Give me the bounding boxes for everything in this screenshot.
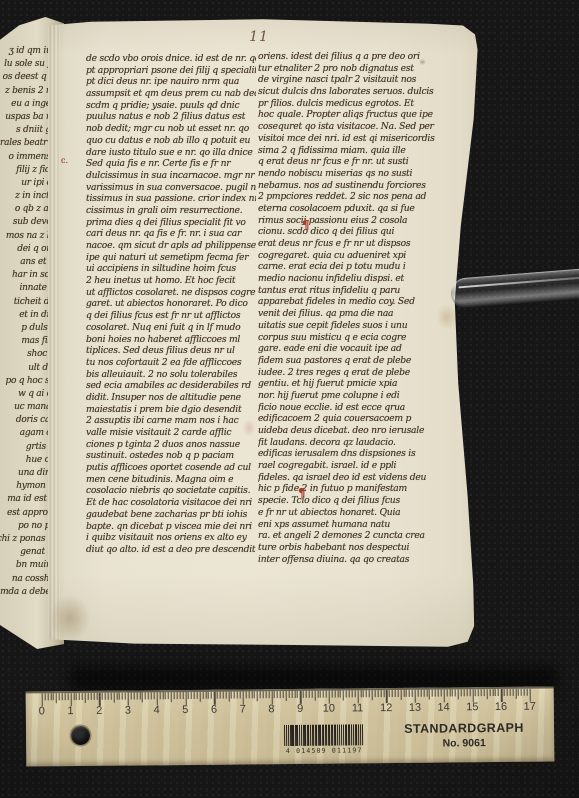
ruler-tick: [429, 690, 430, 700]
ruler-tick: [65, 693, 66, 700]
ruler-tick: [228, 692, 229, 702]
manuscript-text-line: fideles. qa israel deo id est videns deu: [258, 472, 460, 484]
ruler-tick: [288, 691, 289, 698]
ruler-tick: [432, 690, 433, 697]
manuscript-text-line: specie. Tcio dico q dei filius fcus: [258, 495, 460, 507]
ruler-tick: [85, 693, 86, 703]
ruler-tick: [326, 691, 327, 698]
barcode-bar: [345, 724, 347, 745]
manuscript-text-line: fidem sua pastores q erat de plebe: [258, 355, 460, 367]
manuscript-text-line: ciones p tginta 2 duos anos nassue: [86, 439, 256, 451]
page-edge-stack: [48, 18, 60, 648]
ruler-cm-label: 11: [352, 702, 364, 714]
manuscript-text-line: Sed quia fis e nr. Certe fis e fr nr: [86, 158, 256, 170]
ruler-tick: [524, 689, 525, 696]
ruler-tick: [194, 692, 195, 699]
ruler-tick: [512, 689, 513, 696]
ruler-tick: [311, 691, 312, 698]
manuscript-text-line: ui accipiens in siltudine hoim fcus: [86, 263, 256, 275]
ruler-tick: [409, 690, 410, 697]
ruler-tick: [507, 689, 508, 696]
manuscript-text-line: edificas ierusalem dns dispsiones is: [258, 448, 460, 460]
folio-number: 11: [244, 29, 274, 45]
ruler-tick: [340, 691, 341, 698]
manuscript-text-line: visitoi mce dei nri. id est qi misericor…: [258, 133, 460, 145]
manuscript-text-line: cari deus nr. qa fis e fr. nr. i sua car: [86, 228, 256, 240]
text-column-left: de scdo vbo orois dnice. id est de nr. q…: [86, 53, 256, 556]
ruler-tick: [154, 692, 155, 699]
ruler-tick: [395, 690, 396, 697]
ruler-cm-label: 17: [524, 701, 536, 713]
manuscript-text-line: gare. eade eni die vocauit ipe ad: [258, 343, 460, 355]
manuscript-text-line: sed ecia amabiles ac desiderabiles rd: [86, 380, 256, 392]
manuscript-text-line: eterna cosolacoem pduxit. qa si fue: [258, 203, 460, 215]
manuscript-text-line: assumpsit et qm deus prem cu nab dedit.: [86, 88, 256, 100]
manuscript-text-line: edificacoem 2 quia couersacoem p: [258, 413, 460, 425]
ruler-tick: [380, 690, 381, 697]
ruler-tick: [47, 693, 48, 700]
ruler-tick: [93, 693, 94, 700]
manuscript-text-line: pt dici deus nr. ipe nauiro nrm qua: [86, 76, 256, 88]
ruler-cm-label: 10: [323, 703, 335, 715]
red-margin-note: c.: [61, 156, 68, 165]
ruler-tick: [406, 690, 407, 697]
manuscript-text-line: tantus erat ritus infideliu q paru: [258, 285, 460, 297]
ruler-tick: [45, 693, 46, 700]
ruler-tick: [88, 693, 89, 700]
ruler-cm-label: 16: [495, 701, 507, 713]
model-label: No. 9061: [398, 737, 530, 750]
manuscript-text-line: q dei filius fcus est fr nr ut afflictos: [86, 310, 256, 322]
recto-page: 11 de scdo vbo orois dnice. id est de nr…: [48, 18, 478, 648]
ruler-tick: [237, 691, 238, 698]
ruler-tick: [518, 689, 519, 696]
barcode-bar: [355, 724, 357, 745]
ruler-tick: [177, 692, 178, 699]
ruler-cm-label: 15: [466, 701, 478, 713]
ruler-cm-label: 14: [437, 701, 449, 713]
ruler-tick: [208, 692, 209, 699]
manuscript-text-line: putis afflicoes oportet cosende ad cul: [86, 462, 256, 474]
manuscript-text-line: i quibz visitauit nos oriens ex alto ey: [86, 532, 256, 544]
barcode: 4 014509 011197: [284, 724, 364, 754]
ruler-tick: [400, 690, 401, 700]
manuscript-text-line: nacoe. qm sicut dr apls ad philippenses: [86, 240, 256, 252]
ruler-hole: [71, 726, 90, 745]
ruler-tick: [197, 692, 198, 699]
ruler-tick: [162, 692, 163, 699]
manuscript-text-line: tissimus in sua passione. crior index nr: [86, 193, 256, 205]
ruler-tick: [220, 692, 221, 699]
ruler-tick: [148, 692, 149, 699]
manuscript-text-line: tur etnaliter 2 pro nob dignatus est: [258, 63, 460, 75]
glass-rod: [450, 268, 579, 310]
ruler-tick: [441, 690, 442, 697]
ruler-tick: [105, 693, 106, 700]
manuscript-text-line: ut afflictos cosolaret. ne dispsos cogre: [86, 287, 256, 299]
ruler-tick: [527, 689, 528, 696]
ruler-tick: [254, 691, 255, 698]
manuscript-text-line: ficio noue ecclie. id est ecce qrua: [258, 402, 460, 414]
ruler-tick: [458, 689, 459, 699]
ruler-tick: [334, 691, 335, 698]
ruler-cm-label: 5: [182, 704, 188, 716]
ruler-tick: [165, 692, 166, 699]
ruler-tick: [360, 690, 361, 697]
ruler-tick: [346, 690, 347, 697]
manuscript-text-line: tiplices. Sed deus filius deus nr ul: [86, 345, 256, 357]
ruler-tick: [452, 689, 453, 696]
ruler-tick: [489, 689, 490, 696]
ruler-tick: [420, 690, 421, 697]
ruler-cm-label: 3: [125, 705, 131, 717]
ruler-tick: [297, 691, 298, 698]
barcode-bar: [339, 725, 341, 746]
ruler-tick: [286, 691, 287, 701]
ruler-tick: [317, 691, 318, 698]
ruler-tick: [464, 689, 465, 696]
ruler-tick: [306, 691, 307, 698]
ruler-tick: [133, 692, 134, 699]
ruler-tick: [478, 689, 479, 696]
text-column-right: oriens. idest dei filius q a pre deo ori…: [258, 51, 460, 565]
ruler-tick: [481, 689, 482, 696]
manuscript-text-line: diut qo alto. id est a deo pre descendit: [86, 544, 256, 556]
ruler-tick: [498, 689, 499, 696]
manuscript-text-line: carne. erat ecia dei p totu mudu i: [258, 261, 460, 273]
ruler-tick: [159, 692, 160, 699]
manuscript-text-line: q erat deus nr fcus e fr nr. ut susti: [258, 156, 460, 168]
manuscript-text-line: sima 2 q fidissima miam. quia ille: [258, 145, 460, 157]
manuscript-text-line: gaudebat bene zacharias pr bti iohis: [86, 509, 256, 521]
manuscript-text-line: cosequret qo ista visitacoe. Na. Sed per: [258, 121, 460, 133]
ruler-tick: [225, 692, 226, 699]
ruler-tick: [102, 693, 103, 700]
ruler-tick: [366, 690, 367, 697]
manuscript-text-line: corpus suu misticu q e ecia cogre: [258, 332, 460, 344]
ruler-tick: [182, 692, 183, 699]
ruler-tick: [495, 689, 496, 696]
ruler-tick: [423, 690, 424, 697]
ruler-tick: [79, 693, 80, 700]
ruler-tick: [372, 690, 373, 700]
manuscript-text-line: nor. hij fuerut pme colupne i edi: [258, 390, 460, 402]
ruler-tick: [62, 693, 63, 700]
ruler-cm-label: 9: [297, 703, 303, 715]
ruler-tick: [461, 689, 462, 696]
ruler: 01234567891011121314151617 4 014509 0111…: [26, 686, 555, 766]
ruler-cm-label: 6: [211, 704, 217, 716]
ruler-tick: [222, 692, 223, 699]
barcode-bar: [286, 725, 288, 746]
ruler-tick: [398, 690, 399, 697]
barcode-bar: [296, 725, 298, 746]
ruler-tick: [283, 691, 284, 698]
ruler-tick: [426, 690, 427, 697]
manuscript-text-line: scdm q pridie; ysaie. puuls qd dnic: [86, 100, 256, 112]
barcode-bar: [322, 725, 324, 746]
manuscript-text-line: cosolaret. Nuq eni fuit q in lf mudo: [86, 322, 256, 334]
ruler-tick: [168, 692, 169, 699]
ruler-tick: [260, 691, 261, 698]
ruler-tick: [82, 693, 83, 700]
manuscript-text-line: medio nacionu infideliu dispsi. et: [258, 273, 460, 285]
ruler-tick: [116, 693, 117, 700]
ruler-tick: [309, 691, 310, 698]
ruler-tick: [191, 692, 192, 699]
ruler-tick: [200, 692, 201, 702]
ruler-tick: [435, 690, 436, 697]
manuscript-text-line: erat deus nr fcus e fr nr ut dispsos: [258, 238, 460, 250]
ruler-tick: [145, 692, 146, 699]
ruler-tick: [323, 691, 324, 698]
ruler-cm-label: 7: [240, 703, 246, 715]
manuscript-text-line: uideba deus dicebat. deo nro ierusale: [258, 425, 460, 437]
ruler-tick: [446, 689, 447, 696]
manuscript-photo: ʒ id qm iutalu sole su furos deest q bnz…: [0, 0, 579, 798]
ruler-tick: [205, 692, 206, 699]
ruler-tick: [245, 691, 246, 698]
ruler-tick: [349, 690, 350, 697]
ruler-tick: [151, 692, 152, 699]
manuscript-text-line: quo cu datus e nob ab illo q potuit eu: [86, 135, 256, 147]
manuscript-text-line: iudee. 2 tres reges q erat de plebe: [258, 367, 460, 379]
manuscript-text-line: venit dei filius. qa pma die naa: [258, 308, 460, 320]
ruler-brand-block: STANDARDGRAPH No. 9061: [398, 721, 530, 750]
ruler-tick: [108, 693, 109, 700]
manuscript-text-line: apparebat fideles in medio coy. Sed: [258, 296, 460, 308]
manuscript-text-line: nob dedit; mgr cu nob ut esset nr. qo: [86, 123, 256, 135]
barcode-bar: [362, 724, 364, 745]
ruler-tick: [274, 691, 275, 698]
ruler-tick: [234, 692, 235, 699]
manuscript-text-line: uitatis sue cepit fideles suos i unu: [258, 320, 460, 332]
ruler-tick: [469, 689, 470, 696]
manuscript-text-line: sustinuit. ostedes nob q p paciam: [86, 450, 256, 462]
ruler-tick: [521, 689, 522, 696]
red-paragraph-mark-icon: ¶: [302, 218, 310, 232]
ruler-tick: [96, 693, 97, 700]
manuscript-text-line: cionu. scdo dico q dei filius qui: [258, 226, 460, 238]
ruler-tick: [403, 690, 404, 697]
ruler-tick: [122, 693, 123, 700]
ruler-tick: [389, 690, 390, 697]
ruler-tick: [354, 690, 355, 697]
manuscript-text-line: ra. et angeli 2 demones 2 cuncta crea: [258, 530, 460, 542]
ruler-tick: [142, 692, 143, 702]
ruler-tick: [67, 693, 68, 700]
manuscript-text-line: puulus natus e nob 2 filius datus est: [86, 111, 256, 123]
brand-label: STANDARDGRAPH: [398, 721, 530, 736]
ruler-tick: [263, 691, 264, 698]
barcode-digits: 4 014509 011197: [284, 746, 364, 755]
ruler-tick: [392, 690, 393, 697]
ruler-tick: [343, 690, 344, 700]
ruler-tick: [217, 692, 218, 699]
ruler-tick: [383, 690, 384, 697]
ruler-tick: [294, 691, 295, 698]
manuscript-text-line: cissimus in grali oim resurrectione.: [86, 205, 256, 217]
ruler-tick: [320, 691, 321, 698]
ruler-tick: [179, 692, 180, 699]
ruler-tick: [50, 693, 51, 700]
ruler-tick: [449, 689, 450, 696]
barcode-bar: [334, 725, 336, 746]
barcode-bar: [307, 725, 309, 746]
manuscript-text-line: hoc quale. Propter aliqs fructus que ipe: [258, 109, 460, 121]
ruler-tick: [125, 693, 126, 700]
manuscript-text-line: 2 assuptis ibi carne mam nos i hac: [86, 415, 256, 427]
ruler-tick: [455, 689, 456, 696]
manuscript-text-line: maiestatis i prem bie dgio desendit: [86, 404, 256, 416]
manuscript-text-line: dare iusto titulo sue e nr. qo illa dnic…: [86, 147, 256, 159]
ruler-cm-label: 4: [154, 704, 160, 716]
manuscript-text-line: cogregaret. quia cu adueniret xpi: [258, 250, 460, 262]
ruler-tick: [515, 689, 516, 699]
ruler-tick: [202, 692, 203, 699]
barcode-bar: [291, 725, 293, 746]
ruler-tick: [466, 689, 467, 696]
ruler-tick: [76, 693, 77, 700]
ruler-tick: [59, 693, 60, 700]
ruler-tick: [171, 692, 172, 702]
ruler-tick: [375, 690, 376, 697]
ruler-tick: [131, 693, 132, 700]
manuscript-text-line: didit. Insuper nos de altitudie pene: [86, 392, 256, 404]
ruler-tick: [475, 689, 476, 696]
ruler-tick: [277, 691, 278, 698]
ruler-tick: [332, 691, 333, 698]
ruler-cm-label: 1: [67, 705, 73, 717]
manuscript-text-line: eni xps assumet humana natu: [258, 519, 460, 531]
manuscript-text-line: valle misie visitauit 2 carde afflic: [86, 427, 256, 439]
ruler-tick: [56, 693, 57, 703]
barcode-bar: [299, 725, 301, 746]
barcode-bars: [284, 724, 364, 746]
ruler-tick: [139, 692, 140, 699]
manuscript-text-line: bapte. qn dicebat p viscea mie dei nri: [86, 521, 256, 533]
ruler-cm-label: 8: [268, 703, 274, 715]
ruler-cm-label: 2: [96, 705, 102, 717]
manuscript-text-line: fit laudans. decora qz laudacio.: [258, 437, 460, 449]
ruler-tick: [438, 690, 439, 697]
ruler-tick: [412, 690, 413, 697]
ruler-tick: [280, 691, 281, 698]
manuscript-text-line: cosolacio niebris qo societate capitis.: [86, 485, 256, 497]
ruler-tick: [231, 692, 232, 699]
manuscript-text-line: de virgine nasci tpalr 2 visitauit nos: [258, 74, 460, 86]
manuscript-text-line: inter offensa diuina. qa qo creatas: [258, 554, 460, 566]
barcode-bar: [319, 725, 321, 746]
manuscript-text-line: pr filios. dulcis medicus egrotos. Et: [258, 98, 460, 110]
ruler-tick: [377, 690, 378, 697]
ruler-tick: [174, 692, 175, 699]
ruler-tick: [113, 693, 114, 703]
ruler-tick: [119, 693, 120, 700]
ruler-tick: [53, 693, 54, 700]
ruler-tick: [509, 689, 510, 696]
ruler-cm-label: 0: [39, 705, 45, 717]
manuscript-text-line: prima dies q dei filius specialit fit vo: [86, 217, 256, 229]
manuscript-text-line: bis alleuiauit. 2 no solu tolerabiles: [86, 369, 256, 381]
manuscript-text-line: varissimus in sua conversacoe. pugil nr …: [86, 182, 256, 194]
ruler-cm-label: 12: [380, 702, 392, 714]
ruler-tick: [492, 689, 493, 696]
manuscript-text-line: Et de hac cosolatoria visitacoe dei nri: [86, 497, 256, 509]
manuscript-text-line: e fr nr ut abiectos honaret. Quia: [258, 507, 460, 519]
ruler-tick: [257, 691, 258, 701]
manuscript-text-line: tu nos cofortauit 2 ea fde affliccoes: [86, 357, 256, 369]
ruler-tick: [211, 692, 212, 699]
manuscript-text-line: ipe qui naturi ut semetipm fecma fer: [86, 252, 256, 264]
ruler-tick: [486, 689, 487, 699]
manuscript-text-line: sicut dulcis dns laborates seruos. dulci…: [258, 86, 460, 98]
ruler-tick: [303, 691, 304, 698]
manuscript-text-line: rimus socij passionu eius 2 cosola: [258, 215, 460, 227]
ruler-tick: [90, 693, 91, 700]
manuscript-text-line: nendo nobiscu miserias qs no susti: [258, 168, 460, 180]
manuscript-text-line: hic p fide 2 in futuo p manifestam: [258, 483, 460, 495]
manuscript-text-line: gentiu. et hij fuerut pmicie xpia: [258, 378, 460, 390]
ruler-tick: [73, 693, 74, 700]
barcode-bar: [351, 724, 353, 745]
ruler-tick: [337, 691, 338, 698]
ruler-tick: [484, 689, 485, 696]
manuscript-text-line: pt appropriari psone dei filij q special…: [86, 65, 256, 77]
ruler-tick: [291, 691, 292, 698]
manuscript-text-line: garet. ut abiectos honoraret. Po dico: [86, 298, 256, 310]
barcode-bar: [328, 725, 330, 746]
ruler-tick: [111, 693, 112, 700]
ruler-cm-label: 13: [409, 702, 421, 714]
manuscript-text-line: ture orbis habebant nos despectui: [258, 542, 460, 554]
ruler-tick: [504, 689, 505, 696]
ruler-tick: [251, 691, 252, 698]
barcode-bar: [304, 725, 306, 746]
ruler-tick: [314, 691, 315, 701]
ruler-tick: [268, 691, 269, 698]
red-paragraph-mark-icon: ¶: [298, 486, 306, 500]
manuscript-text-line: boni hoies no haberet affliccoes ml: [86, 334, 256, 346]
ruler-tick: [240, 691, 241, 698]
ruler-tick: [266, 691, 267, 698]
manuscript-text-line: 2 heu inetus ut homo. Et hoc fecit: [86, 275, 256, 287]
ruler-tick: [248, 691, 249, 698]
manuscript-text-line: rael cogregabit. israel. id e ppli: [258, 460, 460, 472]
manuscript-text-line: de scdo vbo orois dnice. id est de nr. q…: [86, 53, 256, 65]
ruler-tick: [418, 690, 419, 697]
manuscript-text-line: men cene bitudinis. Magna oim e: [86, 474, 256, 486]
ruler-tick: [136, 692, 137, 699]
ruler-tick: [352, 690, 353, 697]
barcode-bar: [315, 725, 317, 746]
barcode-bar: [343, 724, 345, 745]
manuscript-text-line: 2 pmpciores reddet. 2 sic nos pena ad: [258, 191, 460, 203]
ruler-tick: [188, 692, 189, 699]
manuscript-text-line: oriens. idest dei filius q a pre deo ori: [258, 51, 460, 63]
manuscript-text-line: nebamus. nos ad sustinendu forciores: [258, 180, 460, 192]
manuscript-text-line: dulcissimus in sua incarnacoe. mgr nr: [86, 170, 256, 182]
ruler-tick: [363, 690, 364, 697]
ruler-tick: [369, 690, 370, 697]
